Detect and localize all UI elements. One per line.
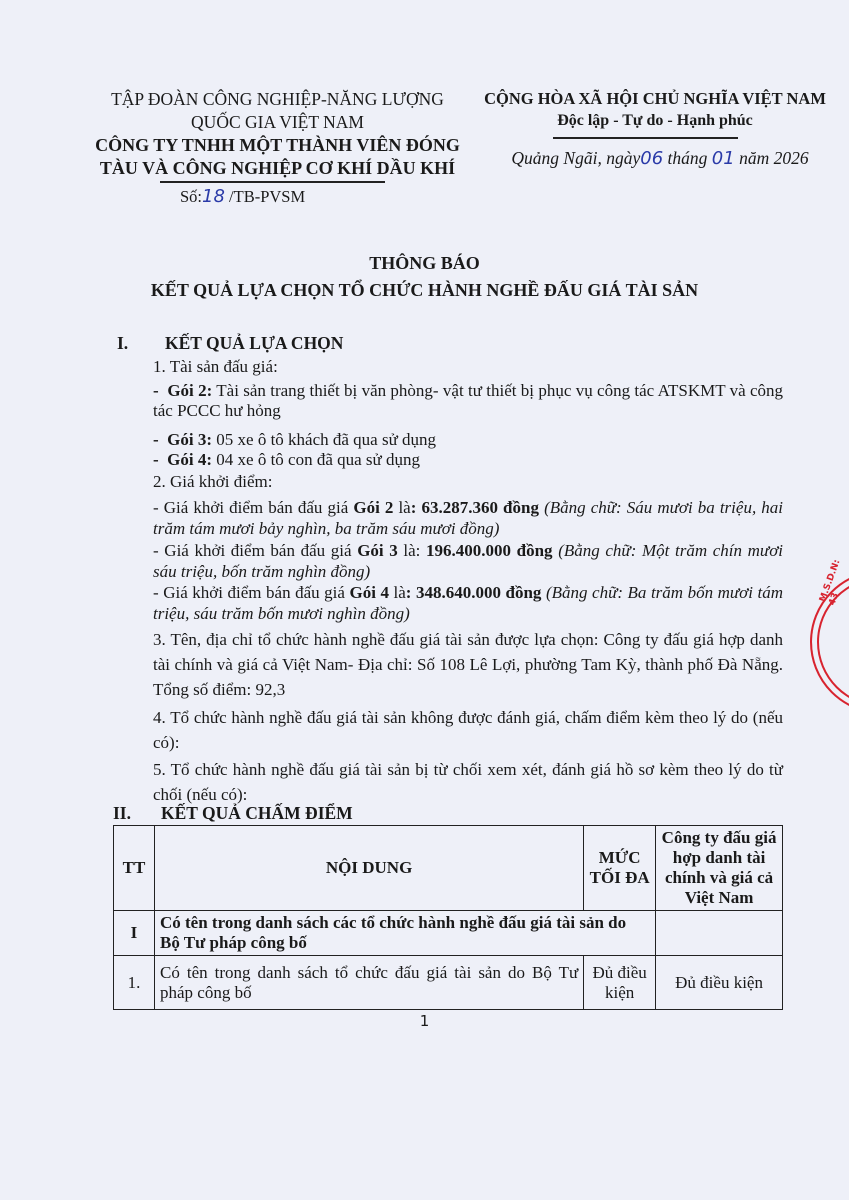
row-tt: 1. [114,956,155,1010]
section-1-title: KẾT QUẢ LỰA CHỌN [165,333,343,353]
document-number: Số:18 /TB-PVSM [180,186,305,207]
group-tt: I [114,911,155,956]
group-value [656,911,783,956]
section-2-number: II. [113,803,161,824]
item-5-rejected: 5. Tổ chức hành nghề đấu giá tài sản bị … [153,757,783,807]
section-2-title: KẾT QUẢ CHẤM ĐIỂM [161,803,353,823]
company-name-line1: CÔNG TY TNHH MỘT THÀNH VIÊN ĐÓNG [80,134,475,157]
national-title: CỘNG HÒA XÃ HỘI CHỦ NGHĨA VIỆT NAM [470,88,840,110]
table-row: 1. Có tên trong danh sách tổ chức đấu gi… [114,956,783,1010]
price-package-label: Gói 4 [349,583,388,602]
price-package-label: Gói 3 [357,541,398,560]
parent-org-line2: QUỐC GIA VIỆT NAM [80,111,475,134]
price-package-label: Gói 2 [353,498,393,517]
document-title: THÔNG BÁO [0,253,849,274]
price-amount: 196.400.000 đồng [420,541,552,560]
price-amount: : 348.640.000 đồng [406,583,542,602]
price-package-3: - Giá khởi điểm bán đấu giá Gói 3 là: 19… [153,540,783,582]
document-page: TẬP ĐOÀN CÔNG NGHIỆP-NĂNG LƯỢNG QUỐC GIA… [0,0,849,1200]
date-year: năm 2026 [735,148,809,168]
price-mid: là [389,583,406,602]
parent-org-line1: TẬP ĐOÀN CÔNG NGHIỆP-NĂNG LƯỢNG [80,88,475,111]
bullet-dash: - [153,450,159,469]
item-2-label: 2. Giá khởi điểm: [153,472,272,492]
package-4-label: Gói 4: [167,450,212,469]
organization-header: TẬP ĐOÀN CÔNG NGHIỆP-NĂNG LƯỢNG QUỐC GIA… [80,88,475,180]
price-prefix: - Giá khởi điểm bán đấu giá [153,541,357,560]
table-group-row: I Có tên trong danh sách các tổ chức hàn… [114,911,783,956]
package-3-label: Gói 3: [167,430,212,449]
document-number-suffix: /TB-PVSM [225,187,305,206]
national-header: CỘNG HÒA XÃ HỘI CHỦ NGHĨA VIỆT NAM Độc l… [470,88,840,132]
page-number: 1 [0,1012,849,1030]
price-package-2: - Giá khởi điểm bán đấu giá Gói 2 là: 63… [153,497,783,539]
package-2-label: Gói 2: [167,381,212,400]
price-prefix: - Giá khởi điểm bán đấu giá [153,583,349,602]
group-content: Có tên trong danh sách các tổ chức hành … [154,911,655,956]
document-number-handwritten: 18 [202,186,225,207]
header-tt: TT [114,826,155,911]
table-header-row: TT NỘI DUNG MỨC TỐI ĐA Công ty đấu giá h… [114,826,783,911]
bullet-dash: - [153,381,159,400]
section-1-number: I. [117,333,165,354]
item-1-label: 1. Tài sản đấu giá: [153,357,278,377]
header-left-divider [160,181,385,183]
package-2-text: Tài sản trang thiết bị văn phòng- vật tư… [153,381,783,420]
package-4: - Gói 4: 04 xe ô tô con đã qua sử dụng [153,450,420,470]
price-mid: là [393,498,410,517]
document-number-label: Số: [180,187,202,206]
item-3-selected-organization: 3. Tên, địa chỉ tổ chức hành nghề đấu gi… [153,627,783,702]
section-1-heading: I.KẾT QUẢ LỰA CHỌN [117,333,343,354]
item-4-unevaluated: 4. Tổ chức hành nghề đấu giá tài sản khô… [153,705,783,755]
date-month-label: tháng [663,148,712,168]
bullet-dash: - [153,430,159,449]
date-day-handwritten: 06 [640,148,663,169]
package-4-text: 04 xe ô tô con đã qua sử dụng [212,450,420,469]
document-date: Quảng Ngãi, ngày06 tháng 01 năm 2026 [480,148,840,169]
company-name-line2: TÀU VÀ CÔNG NGHIỆP CƠ KHÍ DẦU KHÍ [80,157,475,180]
date-month-handwritten: 01 [712,148,735,169]
date-prefix: Quảng Ngãi, ngày [511,148,640,168]
national-motto: Độc lập - Tự do - Hạnh phúc [470,110,840,132]
document-subtitle: KẾT QUẢ LỰA CHỌN TỔ CHỨC HÀNH NGHỀ ĐẤU G… [0,280,849,301]
price-prefix: - Giá khởi điểm bán đấu giá [153,498,353,517]
scoring-table: TT NỘI DUNG MỨC TỐI ĐA Công ty đấu giá h… [113,825,783,1010]
row-content: Có tên trong danh sách tổ chức đấu giá t… [154,956,583,1010]
price-mid: là: [398,541,421,560]
package-3: - Gói 3: 05 xe ô tô khách đã qua sử dụng [153,430,436,450]
header-max-score: MỨC TỐI ĐA [584,826,656,911]
row-value: Đủ điều kiện [656,956,783,1010]
header-right-divider [553,137,738,139]
section-2-heading: II.KẾT QUẢ CHẤM ĐIỂM [113,803,353,824]
price-amount: : 63.287.360 đồng [411,498,539,517]
package-3-text: 05 xe ô tô khách đã qua sử dụng [212,430,436,449]
header-content: NỘI DUNG [154,826,583,911]
package-2: - Gói 2: Tài sản trang thiết bị văn phòn… [153,381,783,421]
header-company: Công ty đấu giá hợp danh tài chính và gi… [656,826,783,911]
price-package-4: - Giá khởi điểm bán đấu giá Gói 4 là: 34… [153,582,783,624]
row-max: Đủ điều kiện [584,956,656,1010]
